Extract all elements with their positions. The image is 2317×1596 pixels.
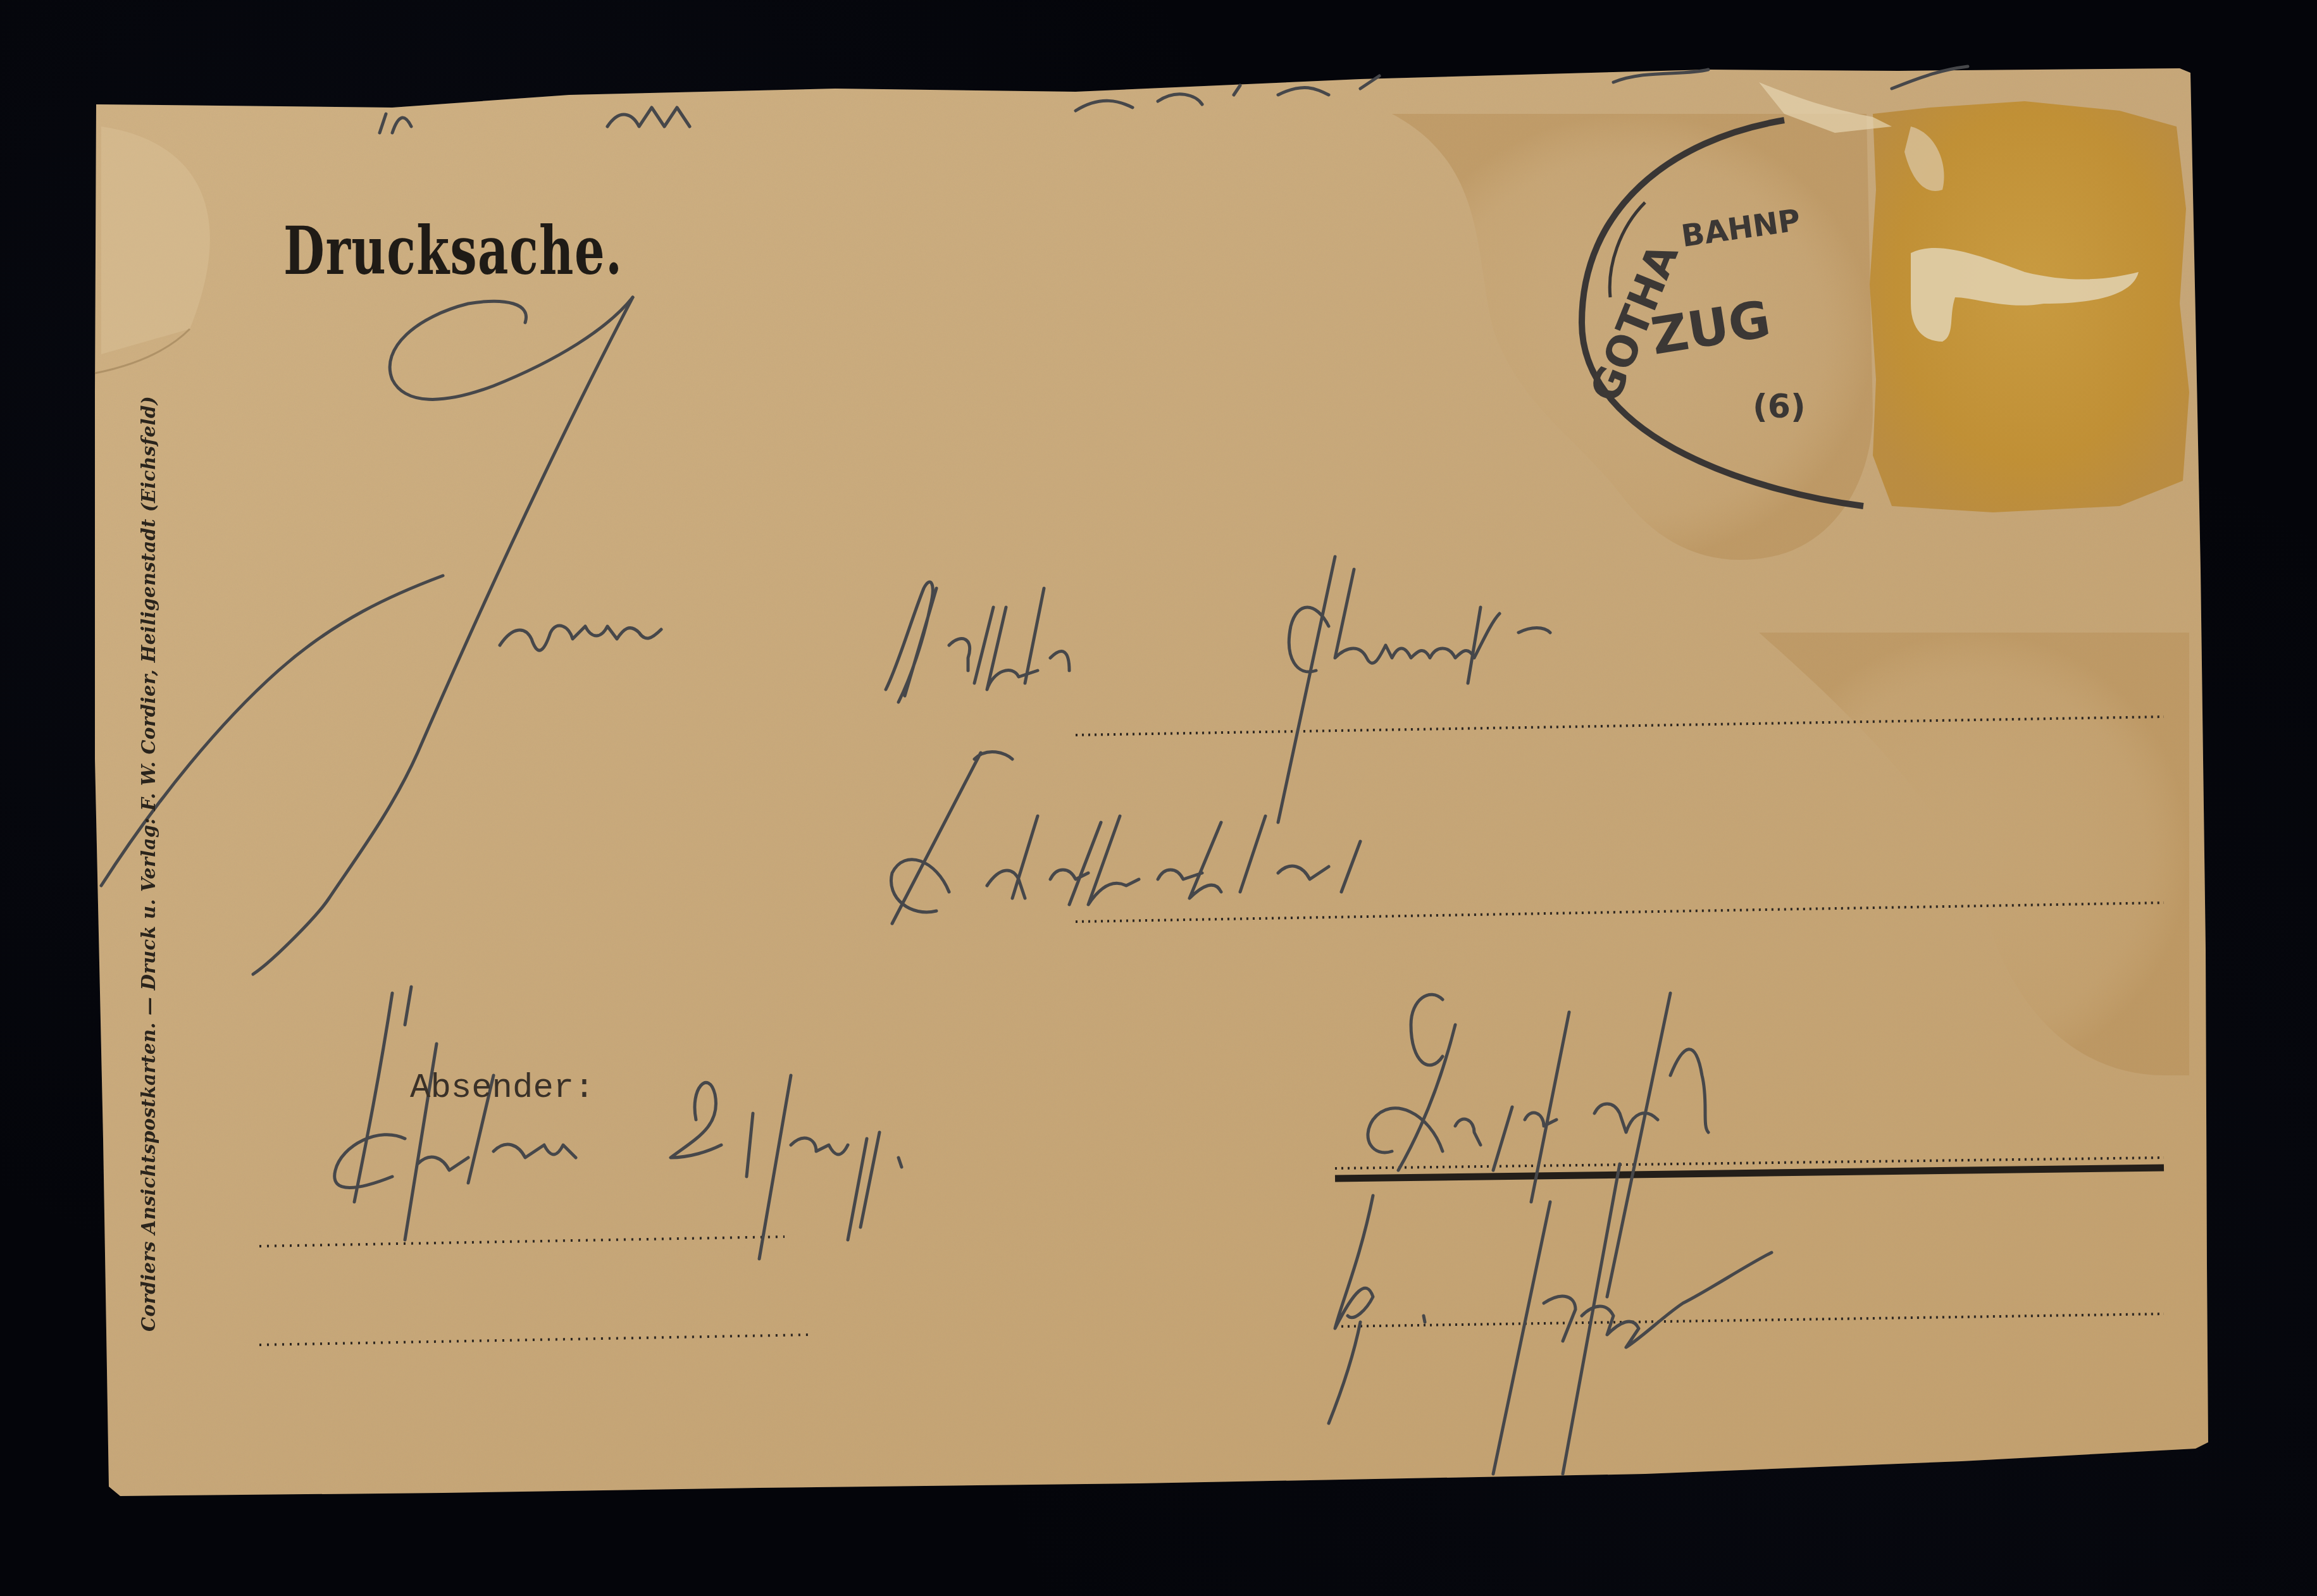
publisher-imprint: Cordiers Ansichtspostkarten. — Druck u. … bbox=[138, 396, 159, 1332]
sender-label: Absender: bbox=[410, 1069, 595, 1108]
postcard: BAHNP ZUG (6) GOTHA bbox=[0, 0, 2317, 1596]
printed-title: Drucksache. bbox=[283, 212, 623, 290]
postmark-line-3: (6) bbox=[1753, 388, 1806, 426]
